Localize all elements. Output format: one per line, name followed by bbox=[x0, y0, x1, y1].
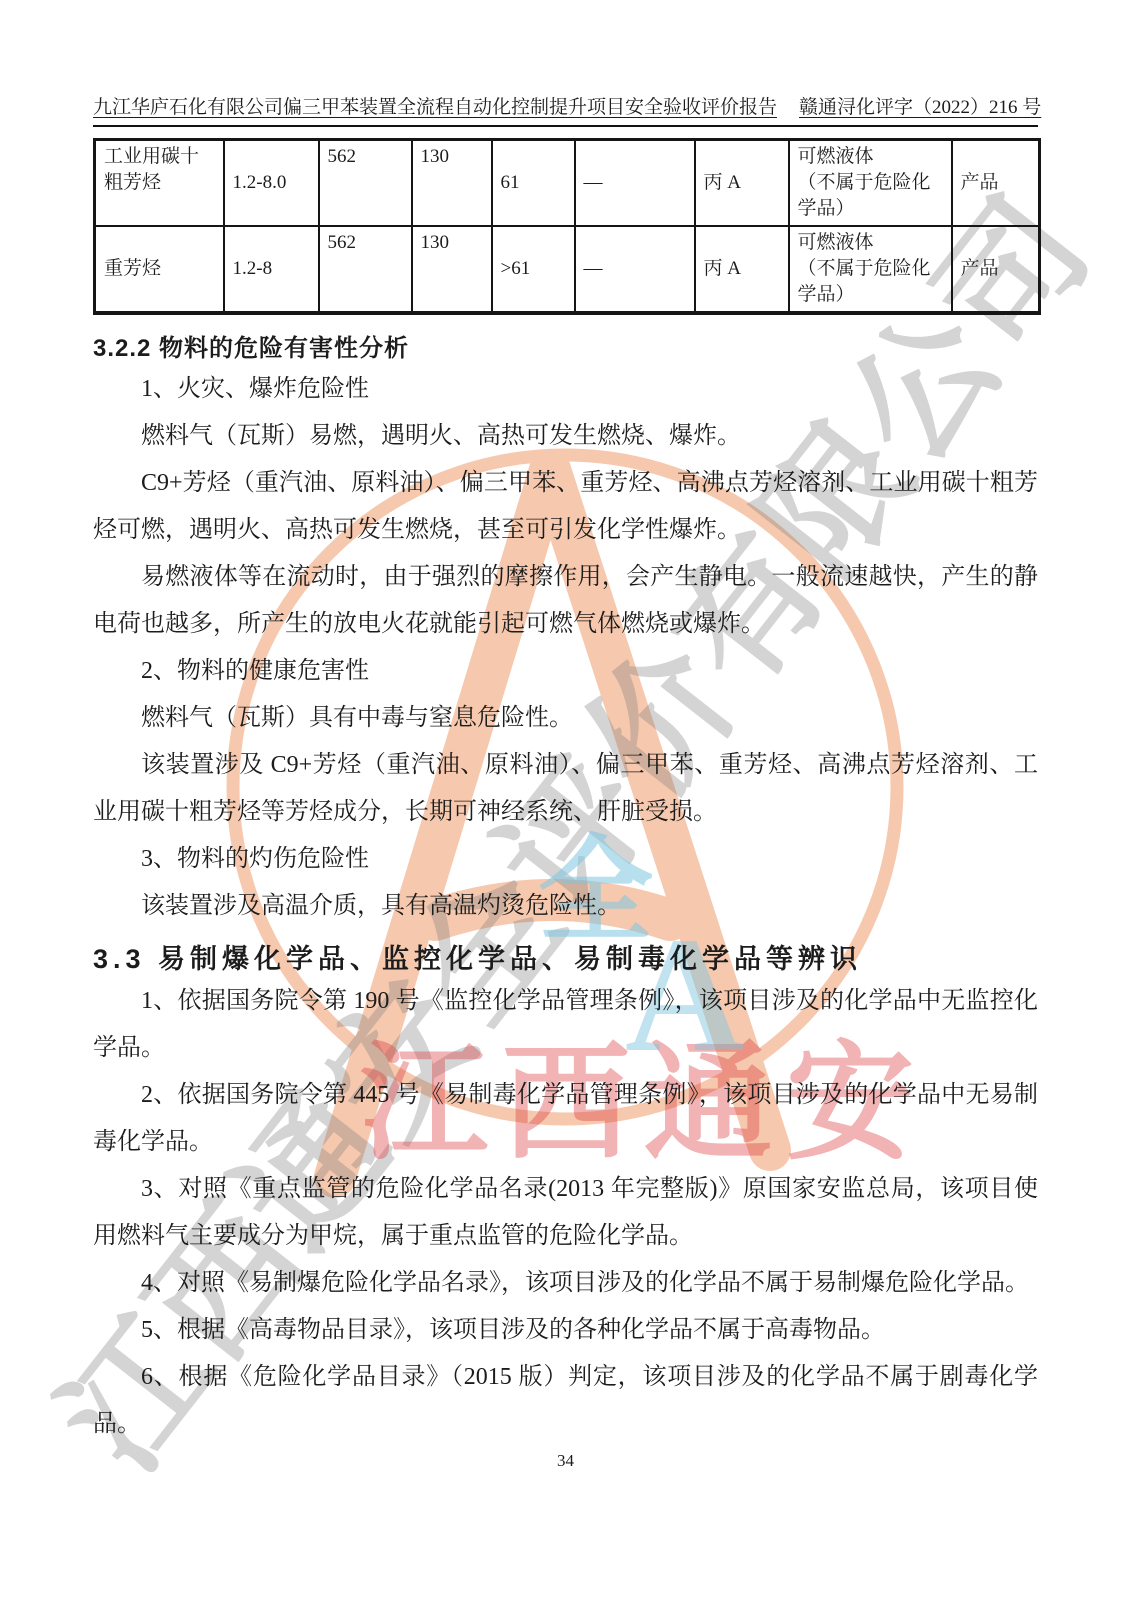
cell-temp1: 562 bbox=[319, 140, 412, 227]
cell-use: 产品 bbox=[952, 140, 1040, 227]
cell-dash: — bbox=[575, 226, 695, 313]
cell-hazard-class: 可燃液体 （不属于危险化学品） bbox=[789, 140, 952, 227]
page-number: 34 bbox=[93, 1451, 1038, 1471]
header-rule bbox=[93, 125, 1038, 127]
cell-temp2: 130 bbox=[412, 140, 492, 227]
page-header: 九江华庐石化有限公司偏三甲苯装置全流程自动化控制提升项目安全验收评价报告赣通浔化… bbox=[93, 92, 1038, 119]
paragraph: 易燃液体等在流动时，由于强烈的摩擦作用，会产生静电。一般流速越快，产生的静电荷也… bbox=[93, 554, 1038, 648]
paragraph: 2、依据国务院令第 445 号《易制毒化学品管理条例》，该项目涉及的化学品中无易… bbox=[93, 1072, 1038, 1166]
paragraph: 1、火灾、爆炸危险性 bbox=[93, 366, 1038, 413]
cell-range: 1.2-8 bbox=[224, 226, 319, 313]
cell-material-name: 重芳烃 bbox=[95, 226, 224, 313]
paragraph: 5、根据《高毒物品目录》，该项目涉及的各种化学品不属于高毒物品。 bbox=[93, 1307, 1038, 1354]
document-number: 赣通浔化评字（2022）216 号 bbox=[799, 97, 1041, 118]
table-row: 工业用碳十粗芳烃 1.2-8.0 562 130 61 — 丙 A 可燃液体 （… bbox=[95, 140, 1040, 227]
material-hazard-table: 工业用碳十粗芳烃 1.2-8.0 562 130 61 — 丙 A 可燃液体 （… bbox=[93, 138, 1041, 315]
page-content: 九江华庐石化有限公司偏三甲苯装置全流程自动化控制提升项目安全验收评价报告赣通浔化… bbox=[0, 92, 1131, 1471]
cell-fire-category: 丙 A bbox=[695, 226, 789, 313]
paragraph: 该装置涉及 C9+芳烃（重汽油、原料油）、偏三甲苯、重芳烃、高沸点芳烃溶剂、工业… bbox=[93, 742, 1038, 836]
paragraph: 燃料气（瓦斯）易燃，遇明火、高热可发生燃烧、爆炸。 bbox=[93, 413, 1038, 460]
report-title: 九江华庐石化有限公司偏三甲苯装置全流程自动化控制提升项目安全验收评价报告 bbox=[93, 97, 777, 118]
paragraph: 4、对照《易制爆危险化学品名录》，该项目涉及的化学品不属于易制爆危险化学品。 bbox=[93, 1260, 1038, 1307]
paragraph: 2、物料的健康危害性 bbox=[93, 648, 1038, 695]
paragraph: 3、物料的灼伤危险性 bbox=[93, 836, 1038, 883]
cell-flash-point: >61 bbox=[492, 226, 575, 313]
paragraph: 燃料气（瓦斯）具有中毒与窒息危险性。 bbox=[93, 695, 1038, 742]
section-heading-322: 3.2.2 物料的危险有害性分析 bbox=[93, 328, 1038, 363]
cell-fire-category: 丙 A bbox=[695, 140, 789, 227]
paragraph: 1、依据国务院令第 190 号《监控化学品管理条例》，该项目涉及的化学品中无监控… bbox=[93, 978, 1038, 1072]
cell-flash-point: 61 bbox=[492, 140, 575, 227]
paragraph: 该装置涉及高温介质，具有高温灼烫危险性。 bbox=[93, 883, 1038, 930]
cell-temp2: 130 bbox=[412, 226, 492, 313]
cell-dash: — bbox=[575, 140, 695, 227]
paragraph: C9+芳烃（重汽油、原料油）、偏三甲苯、重芳烃、高沸点芳烃溶剂、工业用碳十粗芳烃… bbox=[93, 460, 1038, 554]
paragraph: 6、根据《危险化学品目录》（2015 版）判定，该项目涉及的化学品不属于剧毒化学… bbox=[93, 1354, 1038, 1448]
paragraph: 3、对照《重点监管的危险化学品名录(2013 年完整版)》原国家安监总局，该项目… bbox=[93, 1166, 1038, 1260]
cell-hazard-class: 可燃液体 （不属于危险化学品） bbox=[789, 226, 952, 313]
cell-use: 产品 bbox=[952, 226, 1040, 313]
section-heading-33: 3.3 易制爆化学品、监控化学品、易制毒化学品等辨识 bbox=[93, 937, 1038, 976]
table-row: 重芳烃 1.2-8 562 130 >61 — 丙 A 可燃液体 （不属于危险化… bbox=[95, 226, 1040, 313]
cell-material-name: 工业用碳十粗芳烃 bbox=[95, 140, 224, 227]
cell-range: 1.2-8.0 bbox=[224, 140, 319, 227]
cell-temp1: 562 bbox=[319, 226, 412, 313]
